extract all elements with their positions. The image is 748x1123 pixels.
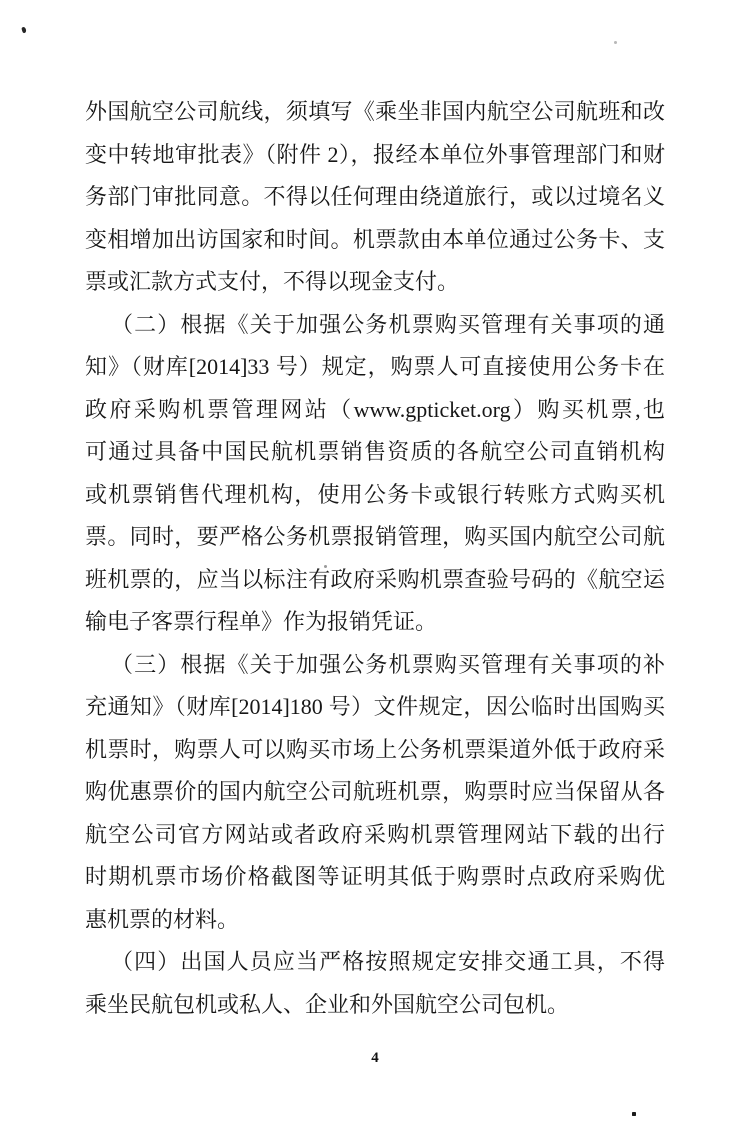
- text-line: 充通知》（财库[2014]180 号）文件规定，因公临时出国购买: [85, 686, 665, 729]
- scan-speck: [21, 27, 27, 34]
- text-line: 机票时，购票人可以购买市场上公务机票渠道外低于政府采: [85, 729, 665, 772]
- document-page: 外国航空公司航线，须填写《乘坐非国内航空公司航班和改 变中转地审批表》（附件 2…: [0, 0, 748, 1123]
- scan-speck: [632, 1112, 636, 1116]
- scan-speck: [324, 565, 327, 568]
- paragraph-1: 外国航空公司航线，须填写《乘坐非国内航空公司航班和改 变中转地审批表》（附件 2…: [85, 91, 665, 304]
- text-line: 可通过具备中国民航机票销售资质的各航空公司直销机构: [85, 431, 665, 474]
- text-line: 航空公司官方网站或者政府采购机票管理网站下载的出行: [85, 814, 665, 857]
- text-line: 票。同时，要严格公务机票报销管理，购买国内航空公司航: [85, 516, 665, 559]
- text-line: 惠机票的材料。: [85, 899, 665, 942]
- page-number: 4: [85, 1050, 665, 1067]
- paragraph-2: （二）根据《关于加强公务机票购买管理有关事项的通 知》（财库[2014]33 号…: [85, 304, 665, 644]
- text-line: （四）出国人员应当严格按照规定安排交通工具，不得: [85, 941, 665, 984]
- text-line: 知》（财库[2014]33 号）规定，购票人可直接使用公务卡在: [85, 346, 665, 389]
- text-line: 变相增加出访国家和时间。机票款由本单位通过公务卡、支: [85, 219, 665, 262]
- text-line: 票或汇款方式支付，不得以现金支付。: [85, 261, 665, 304]
- text-line: 乘坐民航包机或私人、企业和外国航空公司包机。: [85, 984, 665, 1027]
- paragraph-3: （三）根据《关于加强公务机票购买管理有关事项的补 充通知》（财库[2014]18…: [85, 644, 665, 942]
- paragraph-4: （四）出国人员应当严格按照规定安排交通工具，不得 乘坐民航包机或私人、企业和外国…: [85, 941, 665, 1026]
- document-body: 外国航空公司航线，须填写《乘坐非国内航空公司航班和改 变中转地审批表》（附件 2…: [85, 91, 665, 1026]
- text-line: 政府采购机票管理网站（www.gpticket.org）购买机票,也: [85, 389, 665, 432]
- text-line: 务部门审批同意。不得以任何理由绕道旅行，或以过境名义: [85, 176, 665, 219]
- text-line: 购优惠票价的国内航空公司航班机票，购票时应当保留从各: [85, 771, 665, 814]
- text-line: 外国航空公司航线，须填写《乘坐非国内航空公司航班和改: [85, 91, 665, 134]
- text-line: （二）根据《关于加强公务机票购买管理有关事项的通: [85, 304, 665, 347]
- text-line: （三）根据《关于加强公务机票购买管理有关事项的补: [85, 644, 665, 687]
- text-line: 时期机票市场价格截图等证明其低于购票时点政府采购优: [85, 856, 665, 899]
- text-line: 变中转地审批表》（附件 2），报经本单位外事管理部门和财: [85, 134, 665, 177]
- text-line: 输电子客票行程单》作为报销凭证。: [85, 601, 665, 644]
- text-line: 班机票的，应当以标注有政府采购机票查验号码的《航空运: [85, 559, 665, 602]
- text-line: 或机票销售代理机构，使用公务卡或银行转账方式购买机: [85, 474, 665, 517]
- scan-speck: [614, 41, 617, 44]
